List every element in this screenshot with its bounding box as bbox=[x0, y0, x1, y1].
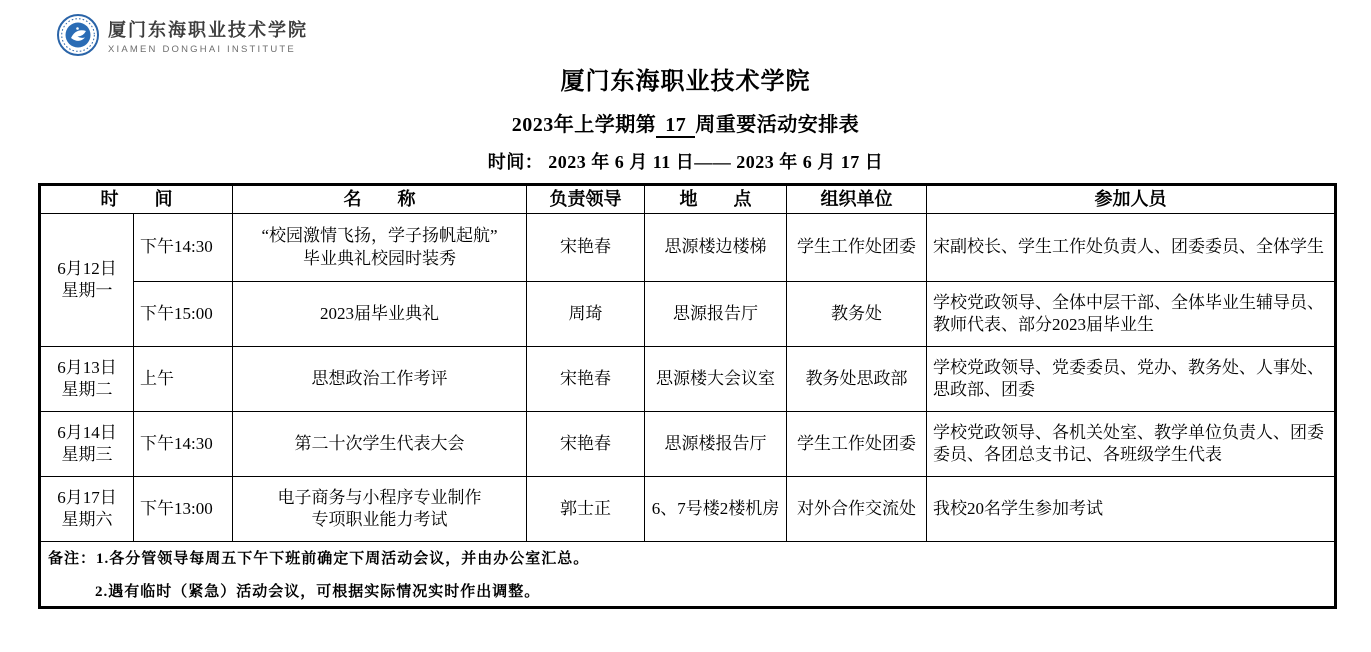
leader-cell: 宋艳春 bbox=[527, 412, 645, 477]
place-cell: 思源楼报告厅 bbox=[645, 412, 787, 477]
table-row: 下午15:00 2023届毕业典礼 周琦 思源报告厅 教务处 学校党政领导、全体… bbox=[40, 282, 1336, 347]
time-cell: 下午15:00 bbox=[134, 282, 233, 347]
document-page: 厦门东海职业技术学院 XIAMEN DONGHAI INSTITUTE 厦门东海… bbox=[0, 0, 1371, 652]
logo-text: 厦门东海职业技术学院 XIAMEN DONGHAI INSTITUTE bbox=[108, 16, 308, 55]
notes-row: 备注：1.各分管领导每周五下午下班前确定下周活动会议，并由办公室汇总。 2.遇有… bbox=[40, 542, 1336, 608]
event-name-cell: 电子商务与小程序专业制作 专项职业能力考试 bbox=[233, 477, 527, 542]
time-cell: 下午14:30 bbox=[134, 412, 233, 477]
school-logo: 厦门东海职业技术学院 XIAMEN DONGHAI INSTITUTE bbox=[56, 13, 308, 57]
event-name-cell: 2023届毕业典礼 bbox=[233, 282, 527, 347]
leader-cell: 宋艳春 bbox=[527, 347, 645, 412]
subtitle-prefix: 2023年上学期第 bbox=[512, 114, 657, 136]
page-subtitle: 2023年上学期第17周重要活动安排表 bbox=[0, 108, 1371, 137]
leader-cell: 宋艳春 bbox=[527, 214, 645, 282]
date-cell: 6月17日 星期六 bbox=[40, 477, 134, 542]
date-cell: 6月14日 星期三 bbox=[40, 412, 134, 477]
time-cell: 下午13:00 bbox=[134, 477, 233, 542]
event-name-cell: 思想政治工作考评 bbox=[233, 347, 527, 412]
org-cell: 教务处思政部 bbox=[787, 347, 927, 412]
school-emblem-icon bbox=[56, 13, 100, 57]
subtitle-suffix: 周重要活动安排表 bbox=[695, 114, 859, 136]
logo-chinese-name: 厦门东海职业技术学院 bbox=[108, 16, 308, 42]
col-header-time: 时 间 bbox=[40, 185, 233, 214]
event-name-cell: 第二十次学生代表大会 bbox=[233, 412, 527, 477]
participants-cell: 学校党政领导、全体中层干部、全体毕业生辅导员、教师代表、部分2023届毕业生 bbox=[927, 282, 1336, 347]
col-header-name: 名 称 bbox=[233, 185, 527, 214]
schedule-table: 时 间 名 称 负责领导 地 点 组织单位 参加人员 6月12日 星期一 下午1… bbox=[38, 183, 1337, 609]
participants-cell: 宋副校长、学生工作处负责人、团委委员、全体学生 bbox=[927, 214, 1336, 282]
page-title: 厦门东海职业技术学院 bbox=[0, 61, 1371, 96]
col-header-org: 组织单位 bbox=[787, 185, 927, 214]
place-cell: 思源楼大会议室 bbox=[645, 347, 787, 412]
col-header-leader: 负责领导 bbox=[527, 185, 645, 214]
table-row: 6月14日 星期三 下午14:30 第二十次学生代表大会 宋艳春 思源楼报告厅 … bbox=[40, 412, 1336, 477]
table-row: 6月13日 星期二 上午 思想政治工作考评 宋艳春 思源楼大会议室 教务处思政部… bbox=[40, 347, 1336, 412]
event-name-cell: “校园激情飞扬，学子扬帆起航” 毕业典礼校园时装秀 bbox=[233, 214, 527, 282]
leader-cell: 周琦 bbox=[527, 282, 645, 347]
participants-cell: 学校党政领导、各机关处室、教学单位负责人、团委委员、各团总支书记、各班级学生代表 bbox=[927, 412, 1336, 477]
leader-cell: 郭士正 bbox=[527, 477, 645, 542]
table-row: 6月12日 星期一 下午14:30 “校园激情飞扬，学子扬帆起航” 毕业典礼校园… bbox=[40, 214, 1336, 282]
place-cell: 6、7号楼2楼机房 bbox=[645, 477, 787, 542]
col-header-place: 地 点 bbox=[645, 185, 787, 214]
note-line-2: 2.遇有临时（紧急）活动会议，可根据实际情况实时作出调整。 bbox=[95, 583, 1334, 603]
notes-cell: 备注：1.各分管领导每周五下午下班前确定下周活动会议，并由办公室汇总。 2.遇有… bbox=[40, 542, 1336, 608]
date-range: 时间： 2023 年 6 月 11 日—— 2023 年 6 月 17 日 bbox=[0, 148, 1371, 174]
place-cell: 思源报告厅 bbox=[645, 282, 787, 347]
week-number: 17 bbox=[656, 114, 695, 138]
table-header-row: 时 间 名 称 负责领导 地 点 组织单位 参加人员 bbox=[40, 185, 1336, 214]
org-cell: 教务处 bbox=[787, 282, 927, 347]
org-cell: 学生工作处团委 bbox=[787, 412, 927, 477]
org-cell: 学生工作处团委 bbox=[787, 214, 927, 282]
time-cell: 下午14:30 bbox=[134, 214, 233, 282]
org-cell: 对外合作交流处 bbox=[787, 477, 927, 542]
place-cell: 思源楼边楼梯 bbox=[645, 214, 787, 282]
note-line-1: 备注：1.各分管领导每周五下午下班前确定下周活动会议，并由办公室汇总。 bbox=[48, 550, 1334, 570]
table-row: 6月17日 星期六 下午13:00 电子商务与小程序专业制作 专项职业能力考试 … bbox=[40, 477, 1336, 542]
date-cell: 6月12日 星期一 bbox=[40, 214, 134, 347]
time-cell: 上午 bbox=[134, 347, 233, 412]
date-cell: 6月13日 星期二 bbox=[40, 347, 134, 412]
col-header-participants: 参加人员 bbox=[927, 185, 1336, 214]
participants-cell: 学校党政领导、党委委员、党办、教务处、人事处、思政部、团委 bbox=[927, 347, 1336, 412]
participants-cell: 我校20名学生参加考试 bbox=[927, 477, 1336, 542]
logo-english-name: XIAMEN DONGHAI INSTITUTE bbox=[108, 44, 308, 55]
